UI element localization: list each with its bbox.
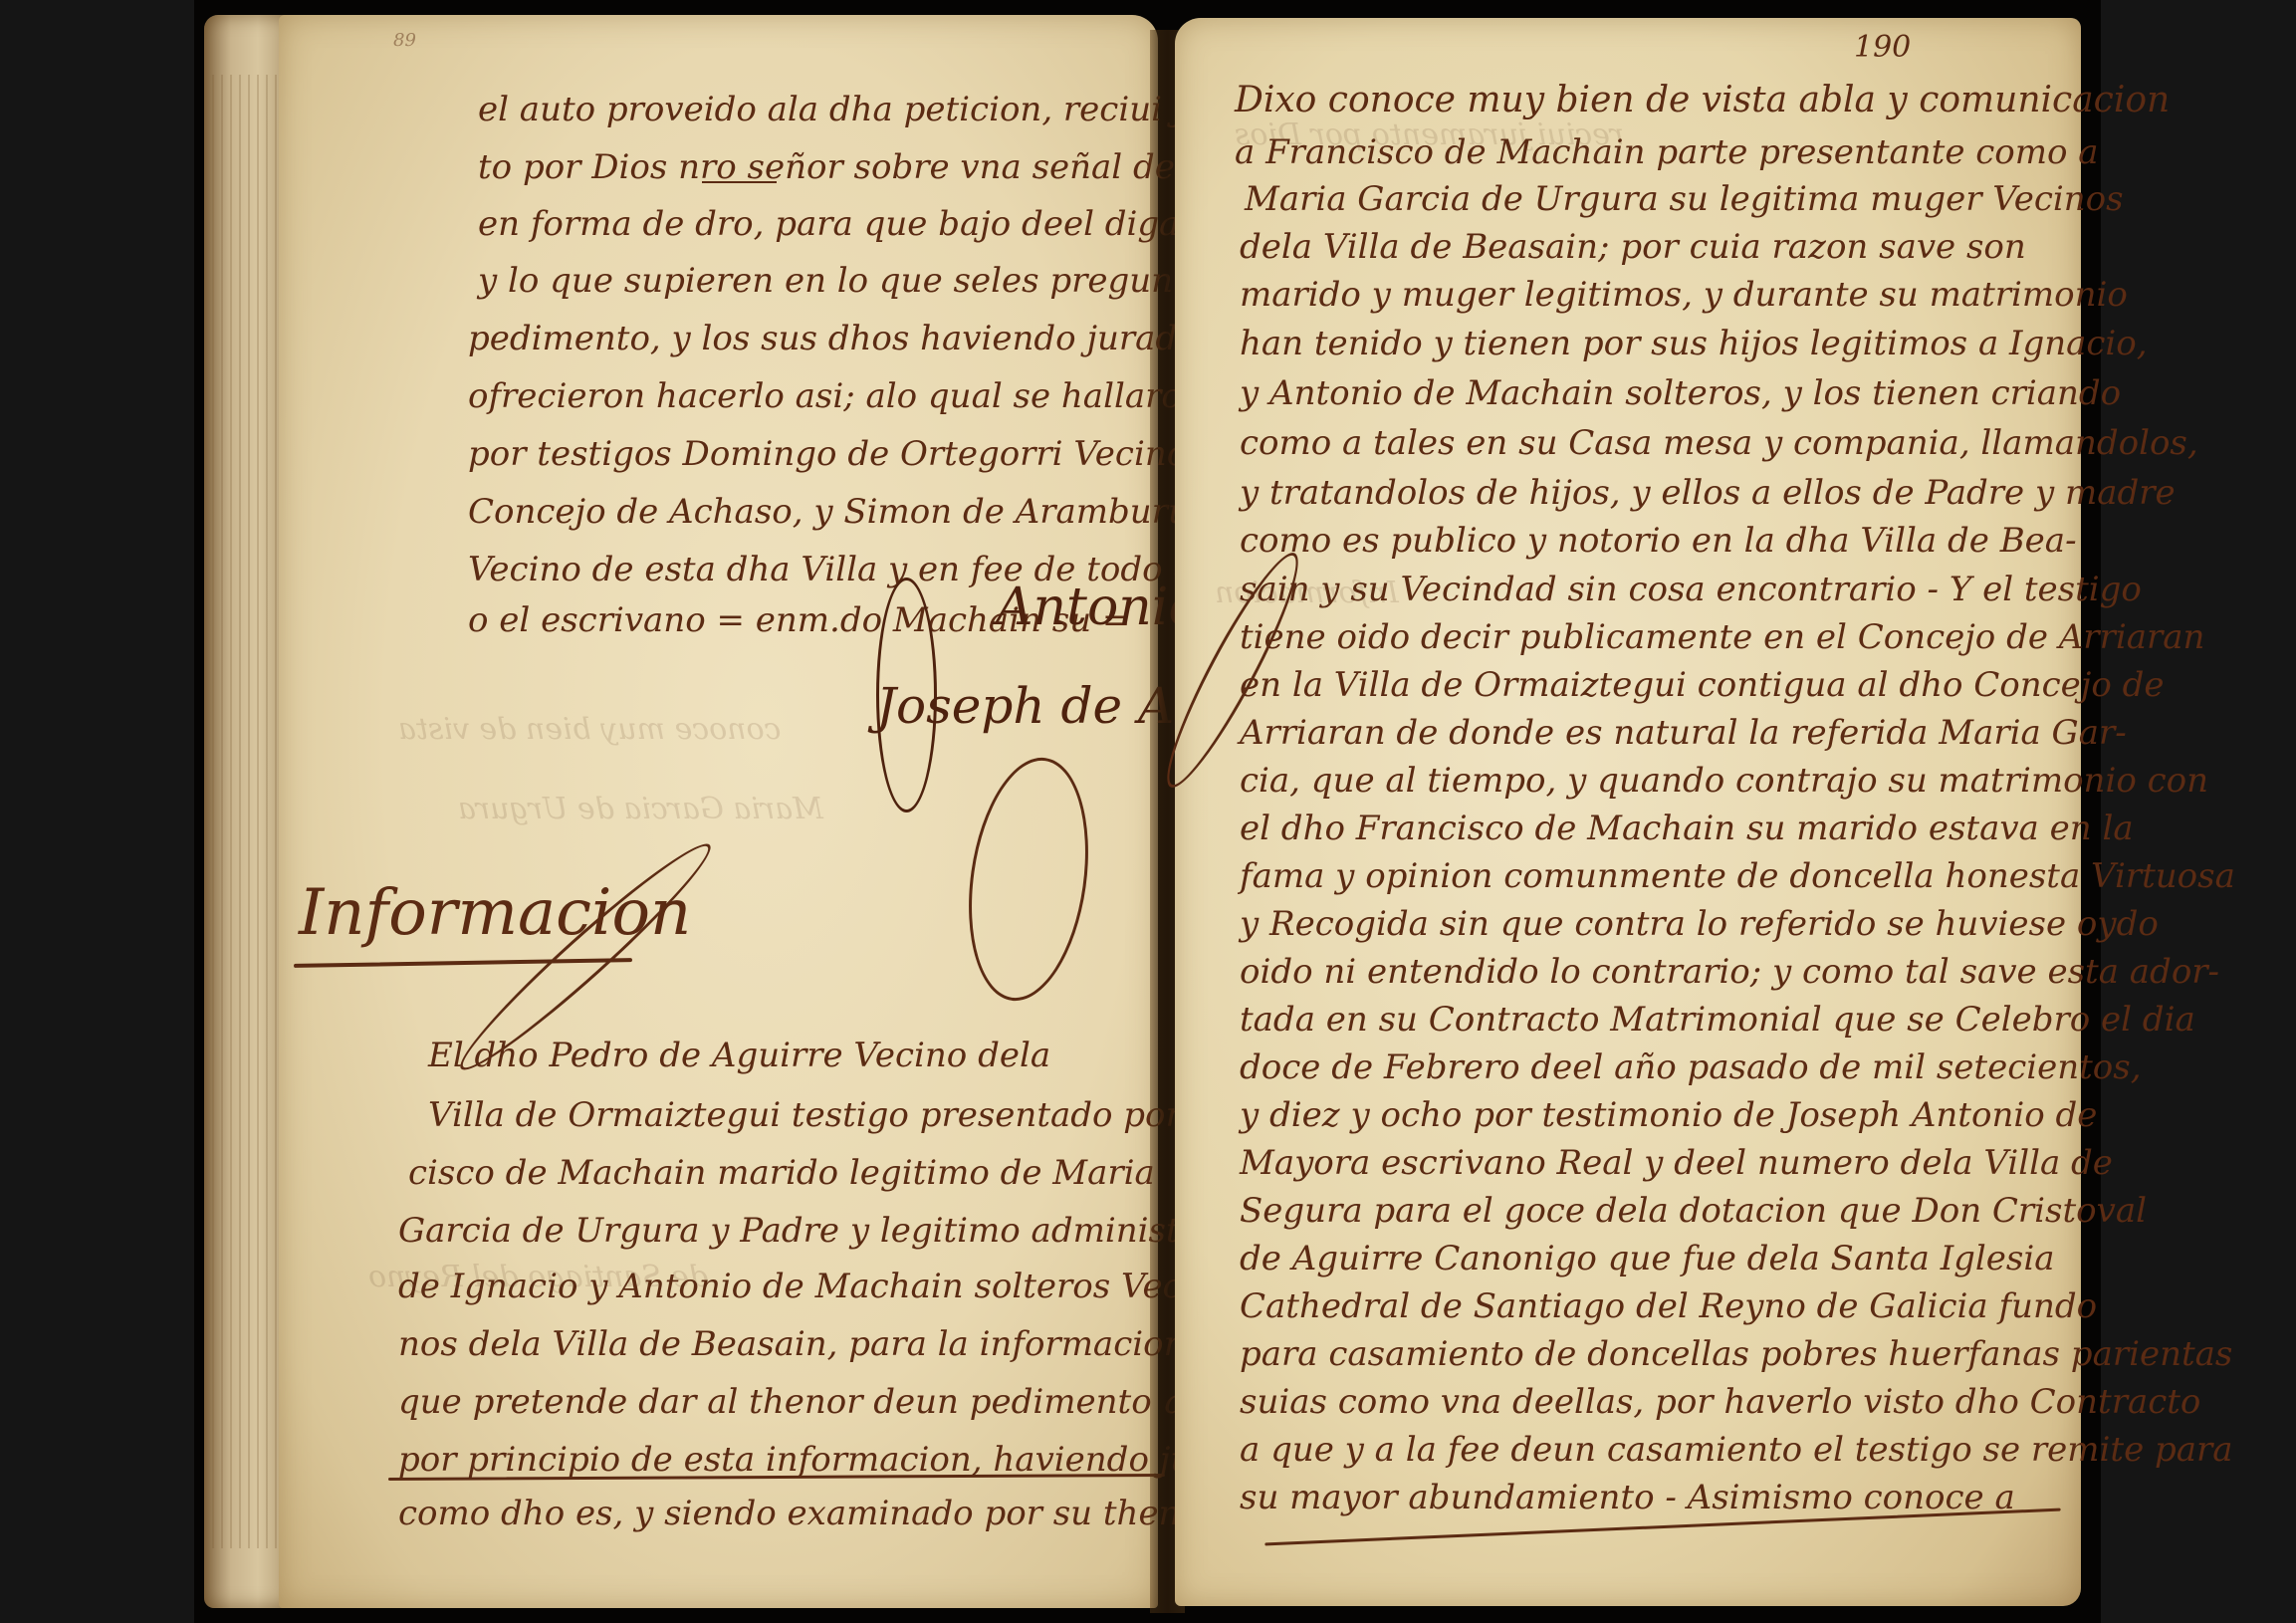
text-line: oido ni entendido lo contrario; y como t… xyxy=(1240,952,2219,992)
text-line: que pretende dar al thenor deun pediment… xyxy=(398,1382,1276,1422)
folio-mark: 89 xyxy=(393,30,416,51)
text-line: Cathedral de Santiago del Reyno de Galic… xyxy=(1240,1286,2097,1326)
text-line: como a tales en su Casa mesa y compania,… xyxy=(1240,423,2198,463)
text-line: sain y su Vecindad sin cosa encontrario … xyxy=(1240,570,2142,609)
page-number: 190 xyxy=(1854,30,1911,65)
text-line: de Aguirre Canonigo que fue dela Santa I… xyxy=(1240,1239,2055,1278)
text-line: fama y opinion comunmente de doncella ho… xyxy=(1240,856,2235,896)
strikethrough-mark xyxy=(702,181,777,183)
text-line: a que y a la fee deun casamiento el test… xyxy=(1240,1430,2233,1470)
text-line: Concejo de Achaso, y Simon de Aramburu xyxy=(468,492,1190,532)
text-line: dela Villa de Beasain; por cuia razon sa… xyxy=(1240,227,2026,267)
text-line: a Francisco de Machain parte presentante… xyxy=(1235,132,2099,172)
text-line: suias como vna deellas, por haverlo vist… xyxy=(1240,1382,2200,1422)
text-line: doce de Febrero deel año pasado de mil s… xyxy=(1240,1047,2142,1087)
text-line: to por Dios nro señor sobre vna señal de… xyxy=(478,147,1267,187)
text-line: en la Villa de Ormaiztegui contigua al d… xyxy=(1240,665,2165,705)
text-line: como es publico y notorio en la dha Vill… xyxy=(1240,521,2077,561)
signature-flourish xyxy=(876,578,937,812)
text-line: Maria Garcia de Urgura su legitima muger… xyxy=(1245,179,2124,219)
text-line: su mayor abundamiento - Asimismo conoce … xyxy=(1240,1478,2015,1517)
bleed-through-text: conoce muy bien de vista xyxy=(398,712,781,747)
text-line: el dho Francisco de Machain su marido es… xyxy=(1240,809,2134,848)
text-line: tada en su Contracto Matrimonial que se … xyxy=(1240,1000,2195,1040)
text-line: cia, que al tiempo, y quando contrajo su… xyxy=(1240,761,2208,801)
text-line: tiene oido decir publicamente en el Conc… xyxy=(1240,617,2204,657)
text-line: El dho Pedro de Aguirre Vecino dela xyxy=(428,1036,1050,1075)
bleed-through-text: Maria Garcia de Urgura xyxy=(458,792,823,826)
text-line: de Ignacio y Antonio de Machain solteros… xyxy=(398,1267,1204,1306)
text-line: Arriaran de donde es natural la referida… xyxy=(1240,713,2127,753)
text-line: Mayora escrivano Real y deel numero dela… xyxy=(1240,1143,2113,1183)
text-line: y Antonio de Machain solteros, y los tie… xyxy=(1240,373,2121,413)
text-line: Dixo conoce muy bien de vista abla y com… xyxy=(1235,80,2170,120)
text-line: nos dela Villa de Beasain, para la infor… xyxy=(398,1324,1185,1364)
text-line: y diez y ocho por testimonio de Joseph A… xyxy=(1240,1095,2097,1135)
text-line: para casamiento de doncellas pobres huer… xyxy=(1240,1334,2232,1374)
text-line: y Recogida sin que contra lo referido se… xyxy=(1240,904,2159,944)
text-line: Segura para el goce dela dotacion que Do… xyxy=(1240,1191,2147,1231)
text-line: y tratandolos de hijos, y ellos a ellos … xyxy=(1240,473,2176,513)
text-line: como dho es, y siendo examinado por su t… xyxy=(398,1494,1217,1533)
text-line: cisco de Machain marido legitimo de Mari… xyxy=(408,1153,1155,1193)
text-line: marido y muger legitimos, y durante su m… xyxy=(1240,275,2128,315)
text-line: han tenido y tienen por sus hijos legiti… xyxy=(1240,324,2148,363)
text-line: Garcia de Urgura y Padre y legitimo admi… xyxy=(398,1211,1274,1251)
